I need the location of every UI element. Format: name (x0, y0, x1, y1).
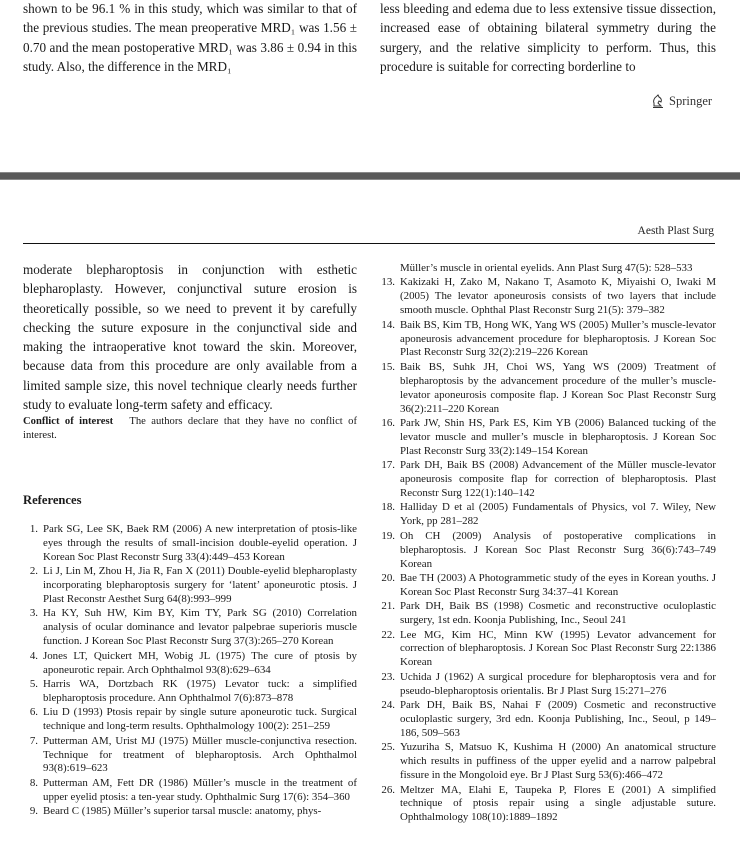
reference-number: 8. (23, 777, 43, 805)
reference-item: 3.Ha KY, Suh HW, Kim BY, Kim TY, Park SG… (23, 607, 357, 649)
reference-item: 14.Baik BS, Kim TB, Hong WK, Yang WS (20… (380, 319, 716, 361)
reference-number: 9. (23, 805, 43, 819)
reference-text: Baik BS, Kim TB, Hong WK, Yang WS (2005)… (400, 319, 716, 361)
reference-item: 13.Kakizaki H, Zako M, Nakano T, Asamoto… (380, 276, 716, 318)
reference-item: 1.Park SG, Lee SK, Baek RM (2006) A new … (23, 523, 357, 565)
reference-item: 9.Beard C (1985) Müller’s superior tarsa… (23, 805, 357, 819)
reference-item: 25.Yuzuriha S, Matsuo K, Kushima H (2000… (380, 741, 716, 783)
reference-text: Putterman AM, Urist MJ (1975) Müller mus… (43, 735, 357, 777)
reference-text: Park SG, Lee SK, Baek RM (2006) A new in… (43, 523, 357, 565)
reference-text: Halliday D et al (2005) Fundamentals of … (400, 501, 716, 529)
current-page-left-column: moderate blepharoptosis in conjunction w… (23, 260, 357, 414)
previous-page: shown to be 96.1 % in this study, which … (0, 0, 740, 172)
reference-item: 15.Baik BS, Suhk JH, Choi WS, Yang WS (2… (380, 361, 716, 417)
reference-number: 2. (23, 565, 43, 607)
reference-number: 1. (23, 523, 43, 565)
reference-number: 25. (380, 741, 400, 783)
reference-number: 14. (380, 319, 400, 361)
reference-text: Beard C (1985) Müller’s superior tarsal … (43, 805, 357, 819)
reference-number: 3. (23, 607, 43, 649)
reference-item: 8.Putterman AM, Fett DR (1986) Müller’s … (23, 777, 357, 805)
previous-page-right-column: less bleeding and edema due to less exte… (380, 0, 716, 76)
reference-text: Lee MG, Kim HC, Minn KW (1995) Levator a… (400, 629, 716, 671)
reference-number: 6. (23, 706, 43, 734)
reference-text: Park DH, Baik BS (2008) Advancement of t… (400, 459, 716, 501)
reference-text: Li J, Lin M, Zhou H, Jia R, Fan X (2011)… (43, 565, 357, 607)
references-list-left: 1.Park SG, Lee SK, Baek RM (2006) A new … (23, 523, 357, 820)
reference-item: 20.Bae TH (2003) A Photogrammetic study … (380, 572, 716, 600)
reference-item: 26.Meltzer MA, Elahi E, Taupeka P, Flore… (380, 784, 716, 826)
body-paragraph: moderate blepharoptosis in conjunction w… (23, 260, 357, 414)
reference-item: 17.Park DH, Baik BS (2008) Advancement o… (380, 459, 716, 501)
header-rule (23, 243, 715, 244)
springer-knight-icon (651, 94, 665, 109)
reference-number: 21. (380, 600, 400, 628)
reference-number: 16. (380, 417, 400, 459)
reference-text: Harris WA, Dortzbach RK (1975) Levator t… (43, 678, 357, 706)
reference-item: 22.Lee MG, Kim HC, Minn KW (1995) Levato… (380, 629, 716, 671)
reference-text: Liu D (1993) Ptosis repair by single sut… (43, 706, 357, 734)
reference-text: Kakizaki H, Zako M, Nakano T, Asamoto K,… (400, 276, 716, 318)
reference-text: Uchida J (1962) A surgical procedure for… (400, 671, 716, 699)
reference-number: 7. (23, 735, 43, 777)
reference-text: Meltzer MA, Elahi E, Taupeka P, Flores E… (400, 784, 716, 826)
reference-number: 5. (23, 678, 43, 706)
reference-item: 16.Park JW, Shin HS, Park ES, Kim YB (20… (380, 417, 716, 459)
reference-item: 6.Liu D (1993) Ptosis repair by single s… (23, 706, 357, 734)
reference-number: 15. (380, 361, 400, 417)
reference-number: 22. (380, 629, 400, 671)
references-heading: References (23, 493, 82, 508)
reference-item: 24.Park DH, Baik BS, Nahai F (2009) Cosm… (380, 699, 716, 741)
reference-text: Park DH, Baik BS (1998) Cosmetic and rec… (400, 600, 716, 628)
reference-text: Müller’s muscle in oriental eyelids. Ann… (400, 262, 716, 276)
reference-number: 23. (380, 671, 400, 699)
reference-text: Bae TH (2003) A Photogrammetic study of … (400, 572, 716, 600)
reference-item: 23.Uchida J (1962) A surgical procedure … (380, 671, 716, 699)
reference-text: Yuzuriha S, Matsuo K, Kushima H (2000) A… (400, 741, 716, 783)
conflict-of-interest: Conflict of interest The authors declare… (23, 415, 357, 443)
reference-item: 19.Oh CH (2009) Analysis of postoperativ… (380, 530, 716, 572)
reference-text: Park DH, Baik BS, Nahai F (2009) Cosmeti… (400, 699, 716, 741)
page-separator (0, 172, 740, 180)
reference-item: 5.Harris WA, Dortzbach RK (1975) Levator… (23, 678, 357, 706)
reference-item: Müller’s muscle in oriental eyelids. Ann… (380, 262, 716, 276)
running-head: Aesth Plast Surg (638, 225, 714, 237)
reference-number: 20. (380, 572, 400, 600)
conflict-of-interest-label: Conflict of interest (23, 416, 113, 427)
reference-number: 19. (380, 530, 400, 572)
reference-text: Baik BS, Suhk JH, Choi WS, Yang WS (2009… (400, 361, 716, 417)
body-paragraph: less bleeding and edema due to less exte… (380, 0, 716, 76)
reference-number: 26. (380, 784, 400, 826)
reference-text: Park JW, Shin HS, Park ES, Kim YB (2006)… (400, 417, 716, 459)
references-list-right: Müller’s muscle in oriental eyelids. Ann… (380, 262, 716, 826)
reference-number: 4. (23, 650, 43, 678)
reference-item: 18.Halliday D et al (2005) Fundamentals … (380, 501, 716, 529)
publisher-logo: Springer (651, 94, 712, 109)
publisher-name: Springer (669, 94, 712, 109)
reference-item: 2.Li J, Lin M, Zhou H, Jia R, Fan X (201… (23, 565, 357, 607)
current-page: Aesth Plast Surg moderate blepharoptosis… (0, 180, 740, 861)
reference-text: Putterman AM, Fett DR (1986) Müller’s mu… (43, 777, 357, 805)
reference-number: 18. (380, 501, 400, 529)
reference-number: 24. (380, 699, 400, 741)
reference-item: 4.Jones LT, Quickert MH, Wobig JL (1975)… (23, 650, 357, 678)
previous-page-left-column: shown to be 96.1 % in this study, which … (23, 0, 357, 76)
reference-item: 7.Putterman AM, Urist MJ (1975) Müller m… (23, 735, 357, 777)
reference-number: 17. (380, 459, 400, 501)
reference-text: Ha KY, Suh HW, Kim BY, Kim TY, Park SG (… (43, 607, 357, 649)
reference-text: Oh CH (2009) Analysis of postoperative c… (400, 530, 716, 572)
reference-item: 21.Park DH, Baik BS (1998) Cosmetic and … (380, 600, 716, 628)
body-paragraph: shown to be 96.1 % in this study, which … (23, 0, 357, 76)
reference-number: 13. (380, 276, 400, 318)
reference-text: Jones LT, Quickert MH, Wobig JL (1975) T… (43, 650, 357, 678)
